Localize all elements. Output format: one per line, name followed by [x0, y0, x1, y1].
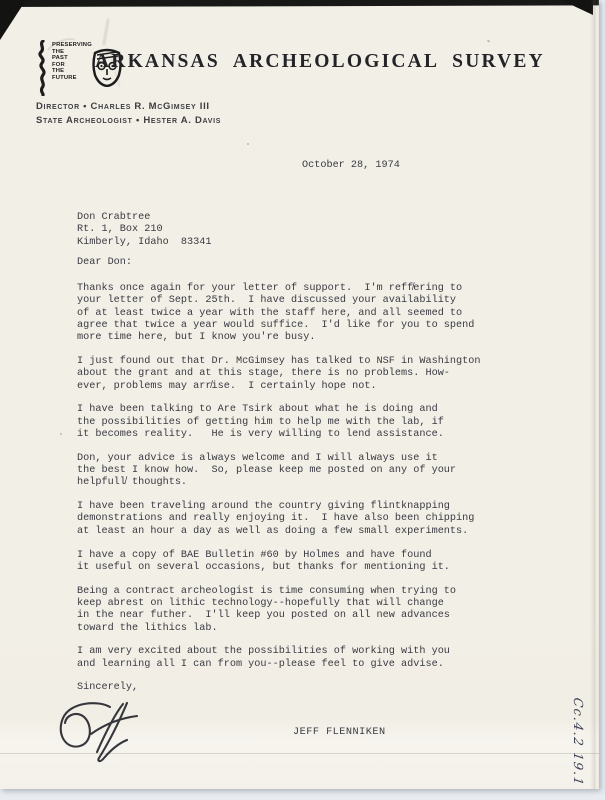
state-archeologist-line: State Archeologist • Hester A. Davis	[36, 114, 221, 128]
scan-speck	[247, 143, 249, 145]
scan-edge-top	[0, 0, 599, 7]
paragraph: I am very excited about the possibilitie…	[77, 646, 537, 671]
letter-paper: PRESERVING THE PAST FOR THE FUTURE ARKAN…	[0, 0, 599, 789]
paragraph: I have been traveling around the country…	[77, 501, 537, 538]
recipient-address: Don Crabtree Rt. 1, Box 210 Kimberly, Id…	[77, 212, 212, 249]
letter-date: October 28, 1974	[302, 160, 400, 171]
director-line: Director • Charles R. McGimsey III	[36, 100, 221, 114]
paragraph: I have a copy of BAE Bulletin #60 by Hol…	[77, 550, 537, 575]
signature-monogram	[56, 700, 148, 764]
letterhead-title: ARKANSAS ARCHEOLOGICAL SURVEY	[95, 51, 531, 73]
closing: Sincerely,	[77, 682, 537, 694]
letter-body: Thanks once again for your letter of sup…	[77, 283, 537, 706]
paragraph: Being a contract archeologist is time co…	[77, 586, 537, 635]
archival-margin-note: Cc.4.2 19.1	[570, 681, 586, 800]
letterhead-officers: Director • Charles R. McGimsey III State…	[36, 100, 221, 127]
paragraph: I just found out that Dr. McGimsey has t…	[77, 356, 537, 393]
paragraph: I have been talking to Are Tsirk about w…	[77, 404, 537, 441]
salutation: Dear Don:	[77, 257, 132, 268]
logo-motto: PRESERVING THE PAST FOR THE FUTURE	[52, 42, 92, 82]
scan-speck	[487, 39, 491, 42]
paragraph: Thanks once again for your letter of sup…	[77, 283, 537, 344]
typed-signature-name: JEFF FLENNIKEN	[293, 727, 386, 738]
scanned-letter: PRESERVING THE PAST FOR THE FUTURE ARKAN…	[0, 0, 605, 800]
paragraph: Don, your advice is always welcome and I…	[77, 453, 537, 490]
paper-crease-right	[590, 0, 599, 789]
effigy-figure-icon	[35, 40, 51, 96]
scan-speck	[60, 433, 62, 435]
